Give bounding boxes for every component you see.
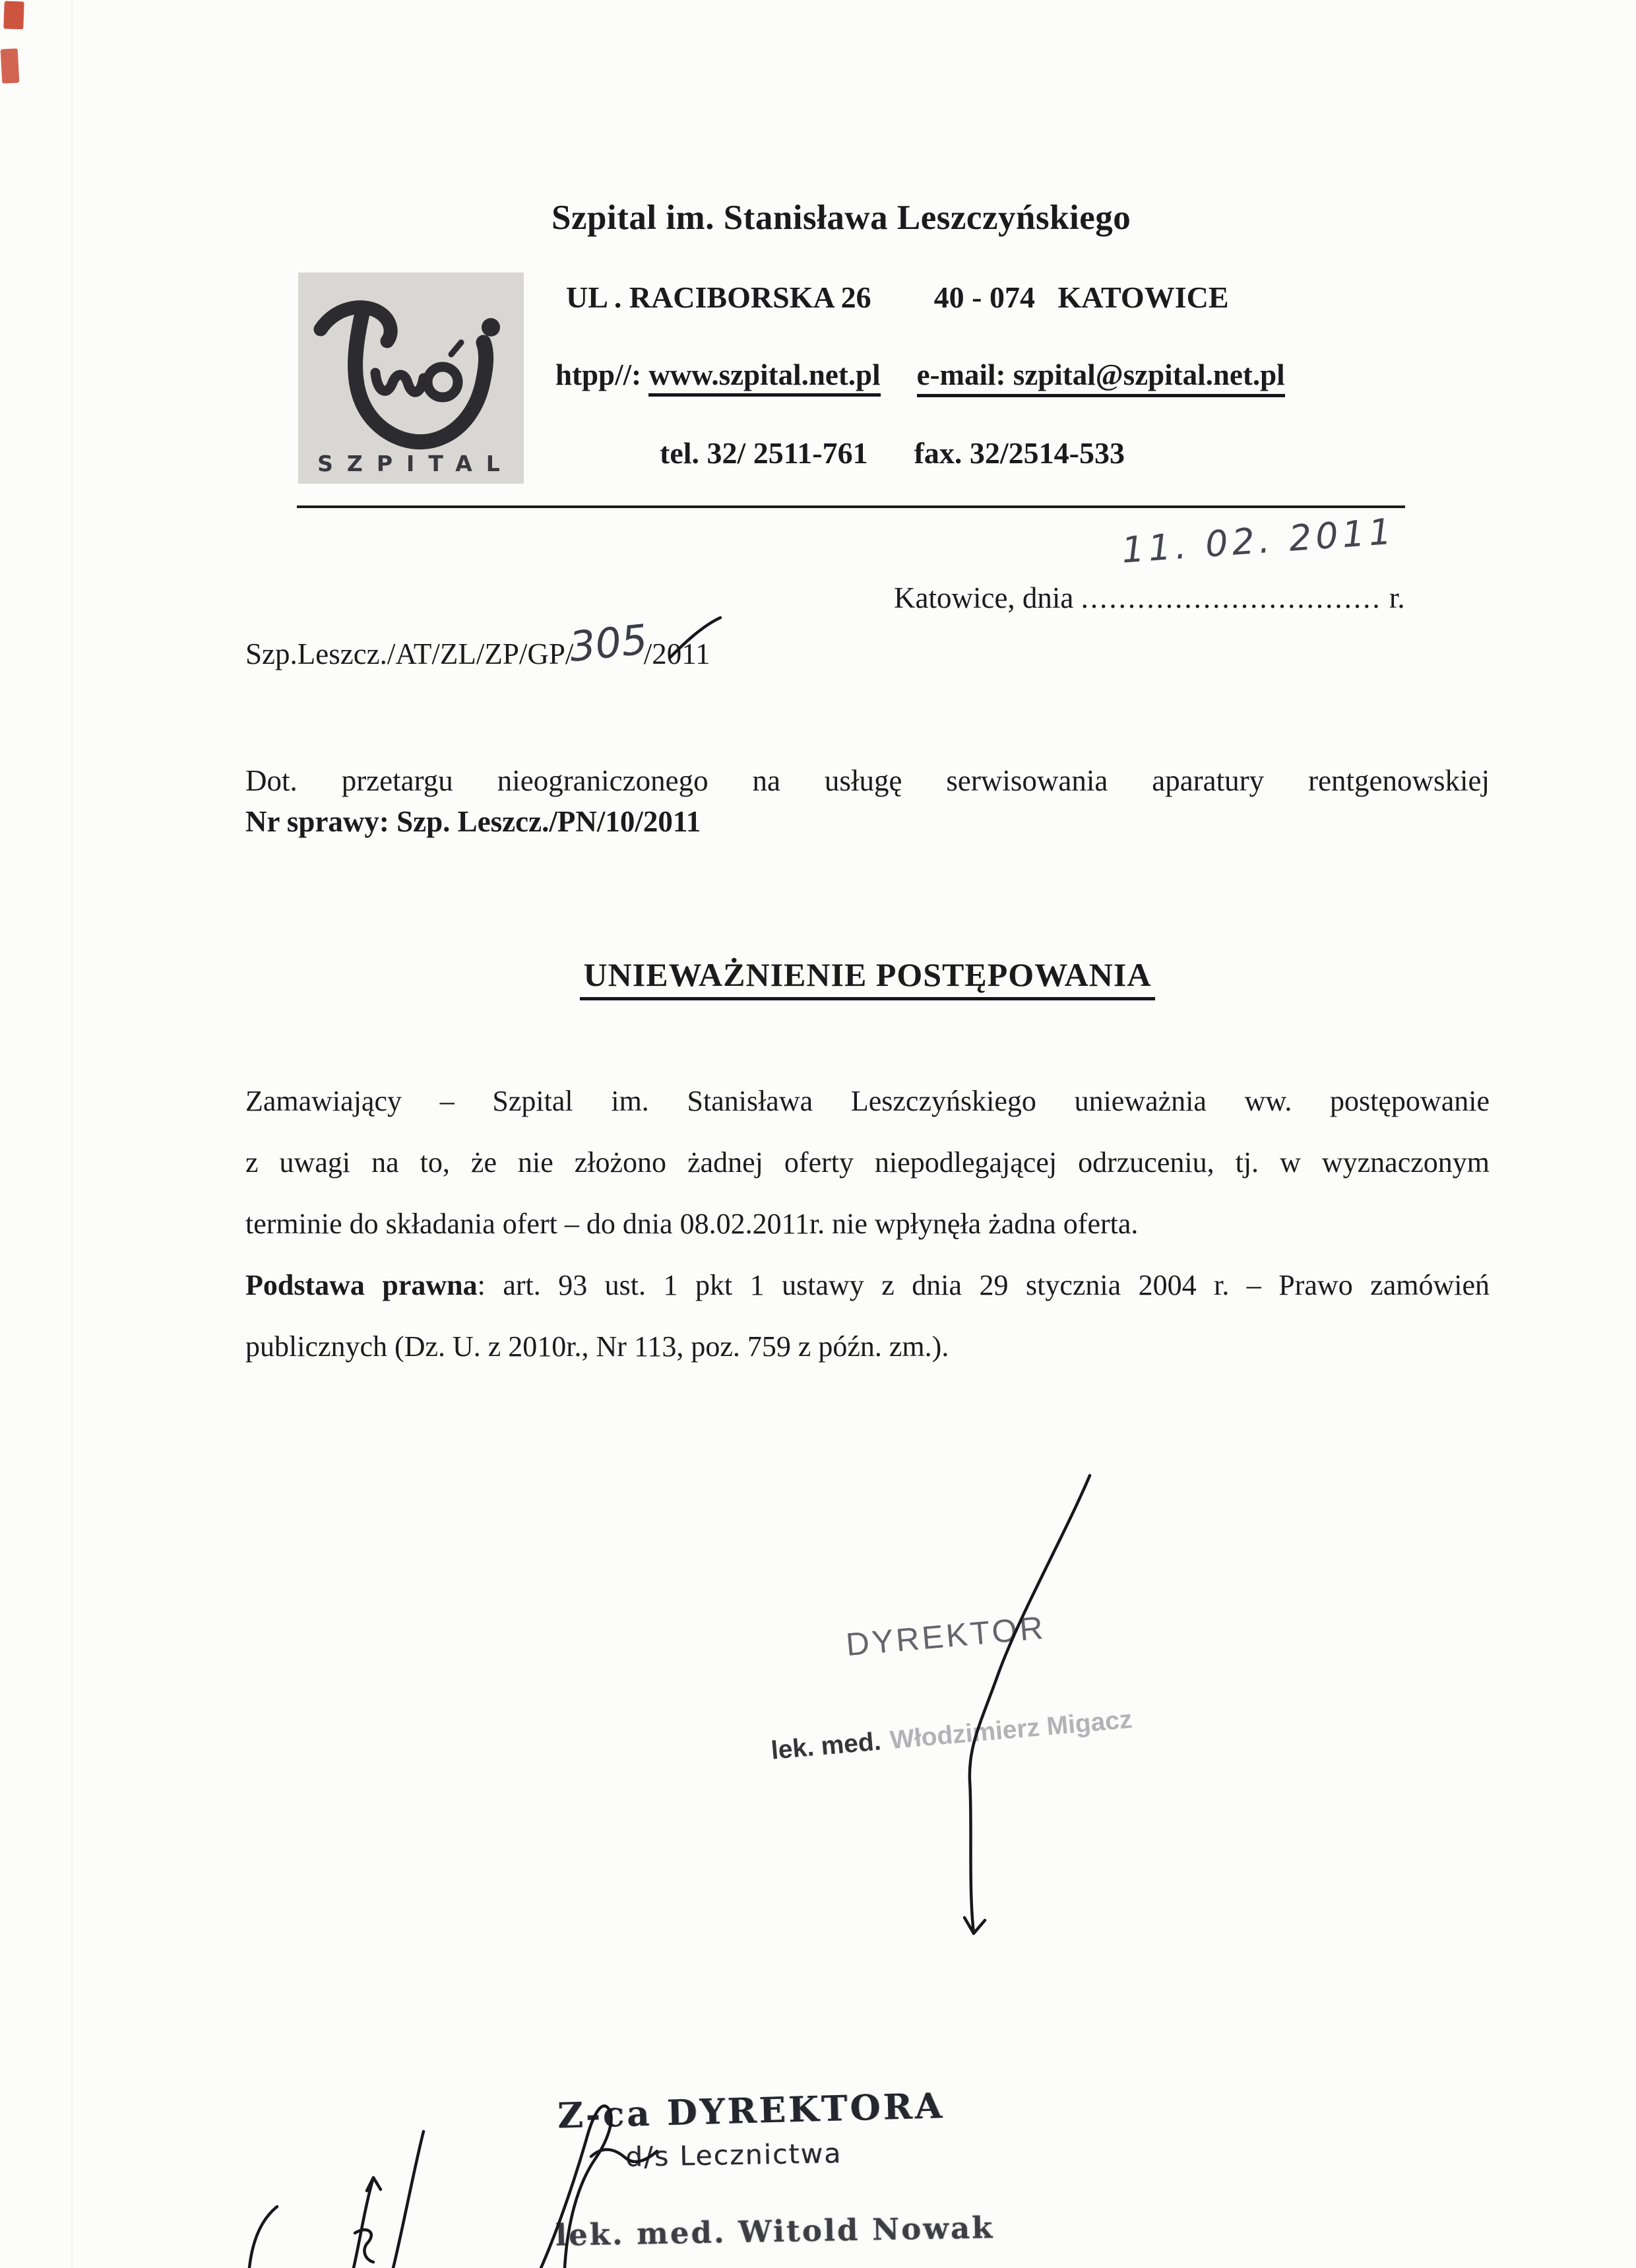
signatures-overlay	[0, 0, 1636, 2268]
deputy-signature	[249, 2106, 657, 2268]
scanned-letter-page: SZPITAL Szpital im. Stanisława Leszczyńs…	[0, 0, 1636, 2268]
director-signature	[964, 1475, 1090, 1933]
reference-pen-stroke	[670, 618, 720, 657]
